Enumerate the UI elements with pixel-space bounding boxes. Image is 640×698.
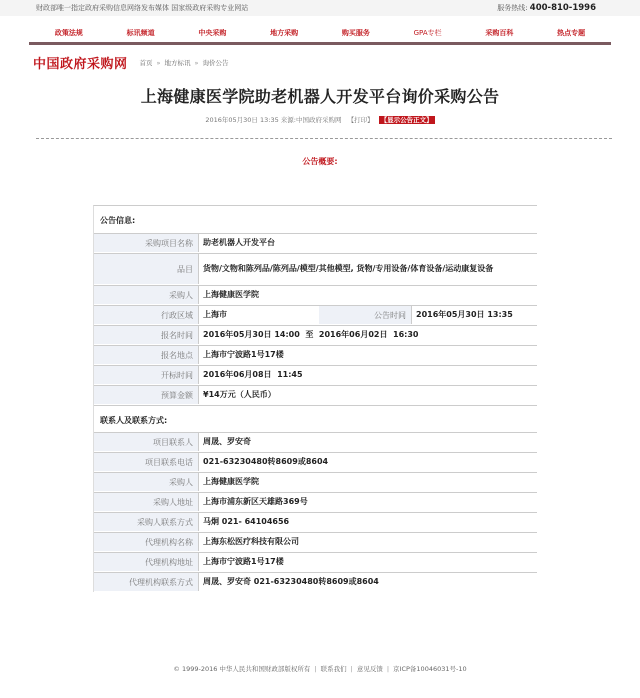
table-row: 采购项目名称 助老机器人开发平台 (94, 233, 537, 253)
contact-us-link[interactable]: 联系我们 (321, 665, 347, 673)
row-value: ¥14万元（人民币） (199, 385, 537, 404)
publish-datetime: 2016年05月30日 13:35 (205, 116, 278, 124)
row-label: 报名地点 (94, 345, 199, 364)
breadcrumb-inquiry[interactable]: 询价公告 (202, 59, 228, 67)
info-section-title: 公告信息: (94, 206, 537, 233)
row-value: 2016年05月30日 13:35 (412, 305, 537, 324)
row-value: 上海市浦东新区天雄路369号 (199, 492, 537, 511)
divider (36, 138, 612, 139)
row-label: 公告时间 (319, 305, 412, 324)
row-label: 代理机构地址 (94, 552, 199, 571)
main-nav: 政策法规 标讯频道 中央采购 地方采购 购买服务 GPA专栏 采购百科 热点专题 (29, 24, 611, 45)
row-label: 代理机构名称 (94, 532, 199, 551)
nav-policy[interactable]: 政策法规 (55, 28, 83, 38)
row-value: 2016年06月08日 11:45 (199, 365, 537, 384)
breadcrumb-sep: » (157, 59, 161, 67)
table-row: 品目 货物/文物和陈列品/陈列品/模型/其他模型, 货物/专用设备/体育设备/运… (94, 253, 537, 285)
row-label: 代理机构联系方式 (94, 572, 199, 591)
brand-bar: 中国政府采购网 首页»地方标讯»询价公告 (33, 54, 640, 70)
row-value: 上海市宁波路1号17楼 (199, 345, 537, 364)
row-value: 上海东松医疗科技有限公司 (199, 532, 537, 551)
row-label: 采购人 (94, 285, 199, 304)
row-value: 021-63230480转8609或8604 (199, 452, 537, 471)
table-row: 行政区域 上海市 公告时间 2016年05月30日 13:35 (94, 305, 537, 325)
breadcrumb: 首页»地方标讯»询价公告 (140, 58, 229, 67)
row-value: 货物/文物和陈列品/陈列品/模型/其他模型, 货物/专用设备/体育设备/运动康复… (199, 253, 537, 284)
row-value: 马炯 021- 64104656 (199, 512, 537, 531)
nav-gpa[interactable]: GPA专栏 (414, 28, 442, 38)
row-value: 助老机器人开发平台 (199, 233, 537, 252)
nav-central[interactable]: 中央采购 (198, 28, 226, 38)
top-bar: 财政部唯一指定政府采购信息网络发布媒体 国家级政府采购专业网站 服务热线: 40… (0, 0, 640, 16)
print-link[interactable]: 【打印】 (348, 116, 374, 124)
row-label: 报名时间 (94, 325, 199, 344)
table-row: 代理机构名称 上海东松医疗科技有限公司 (94, 532, 537, 552)
row-value: 上海市宁波路1号17楼 (199, 552, 537, 571)
table-row: 采购人 上海健康医学院 (94, 472, 537, 492)
row-value: 周晟、罗安奇 021-63230480转8609或8604 (199, 572, 537, 591)
row-label: 行政区域 (94, 305, 199, 324)
row-label: 开标时间 (94, 365, 199, 384)
table-row: 采购人地址 上海市浦东新区天雄路369号 (94, 492, 537, 512)
footer: © 1999-2016 中华人民共和国财政部版权所有|联系我们|意见反馈|京IC… (0, 664, 640, 673)
site-logo[interactable]: 中国政府采购网 (33, 53, 128, 72)
breadcrumb-sep: » (195, 59, 199, 67)
source-label: 来源: (281, 116, 296, 124)
row-label: 采购人联系方式 (94, 512, 199, 531)
nav-local[interactable]: 地方采购 (270, 28, 298, 38)
icp-link[interactable]: 京ICP备10046031号-10 (393, 665, 467, 673)
feedback-link[interactable]: 意见反馈 (357, 665, 383, 673)
page-title: 上海健康医学院助老机器人开发平台询价采购公告 (0, 84, 640, 107)
table-row: 报名时间 2016年05月30日 14:00 至 2016年06月02日 16:… (94, 325, 537, 345)
table-row: 预算金额 ¥14万元（人民币） (94, 385, 537, 405)
overview-heading: 公告概要: (0, 156, 640, 167)
breadcrumb-local-bids[interactable]: 地方标讯 (165, 59, 191, 67)
article-meta: 2016年05月30日 13:35 来源:中国政府采购网 【打印】 【显示公告正… (0, 115, 640, 124)
row-label: 采购人 (94, 472, 199, 491)
table-row: 项目联系人 周晟、罗安奇 (94, 432, 537, 452)
footer-sep: | (387, 665, 389, 673)
row-value: 上海健康医学院 (199, 285, 537, 304)
row-label: 项目联系人 (94, 432, 199, 451)
row-label: 采购人地址 (94, 492, 199, 511)
table-row: 报名地点 上海市宁波路1号17楼 (94, 345, 537, 365)
footer-sep: | (351, 665, 353, 673)
row-label: 项目联系电话 (94, 452, 199, 471)
table-row: 采购人 上海健康医学院 (94, 285, 537, 305)
copyright: © 1999-2016 中华人民共和国财政部版权所有 (173, 665, 310, 673)
hotline-number: 400-810-1996 (530, 3, 596, 13)
nav-hot-topics[interactable]: 热点专题 (557, 28, 585, 38)
announcement-table: 公告信息: 采购项目名称 助老机器人开发平台 品目 货物/文物和陈列品/陈列品/… (93, 205, 537, 592)
row-value: 2016年05月30日 14:00 至 2016年06月02日 16:30 (199, 325, 537, 344)
footer-sep: | (314, 665, 316, 673)
table-row: 代理机构联系方式 周晟、罗安奇 021-63230480转8609或8604 (94, 572, 537, 592)
nav-purchase-services[interactable]: 购买服务 (342, 28, 370, 38)
row-value: 上海市 (199, 305, 319, 324)
row-label: 采购项目名称 (94, 233, 199, 252)
tagline: 财政部唯一指定政府采购信息网络发布媒体 国家级政府采购专业网站 (36, 3, 248, 13)
row-value: 周晟、罗安奇 (199, 432, 537, 451)
row-value: 上海健康医学院 (199, 472, 537, 491)
table-row: 开标时间 2016年06月08日 11:45 (94, 365, 537, 385)
breadcrumb-home[interactable]: 首页 (140, 59, 153, 67)
nav-encyclopedia[interactable]: 采购百科 (485, 28, 513, 38)
table-row: 采购人联系方式 马炯 021- 64104656 (94, 512, 537, 532)
row-label: 品目 (94, 253, 199, 284)
nav-bid-channel[interactable]: 标讯频道 (127, 28, 155, 38)
show-full-text-button[interactable]: 【显示公告正文】 (379, 116, 435, 124)
source-name: 中国政府采购网 (296, 116, 342, 124)
table-row: 代理机构地址 上海市宁波路1号17楼 (94, 552, 537, 572)
hotline-label: 服务热线: (497, 4, 527, 12)
row-label: 预算金额 (94, 385, 199, 404)
service-hotline: 服务热线: 400-810-1996 (497, 3, 596, 13)
table-row: 项目联系电话 021-63230480转8609或8604 (94, 452, 537, 472)
contact-section-title: 联系人及联系方式: (94, 405, 537, 432)
